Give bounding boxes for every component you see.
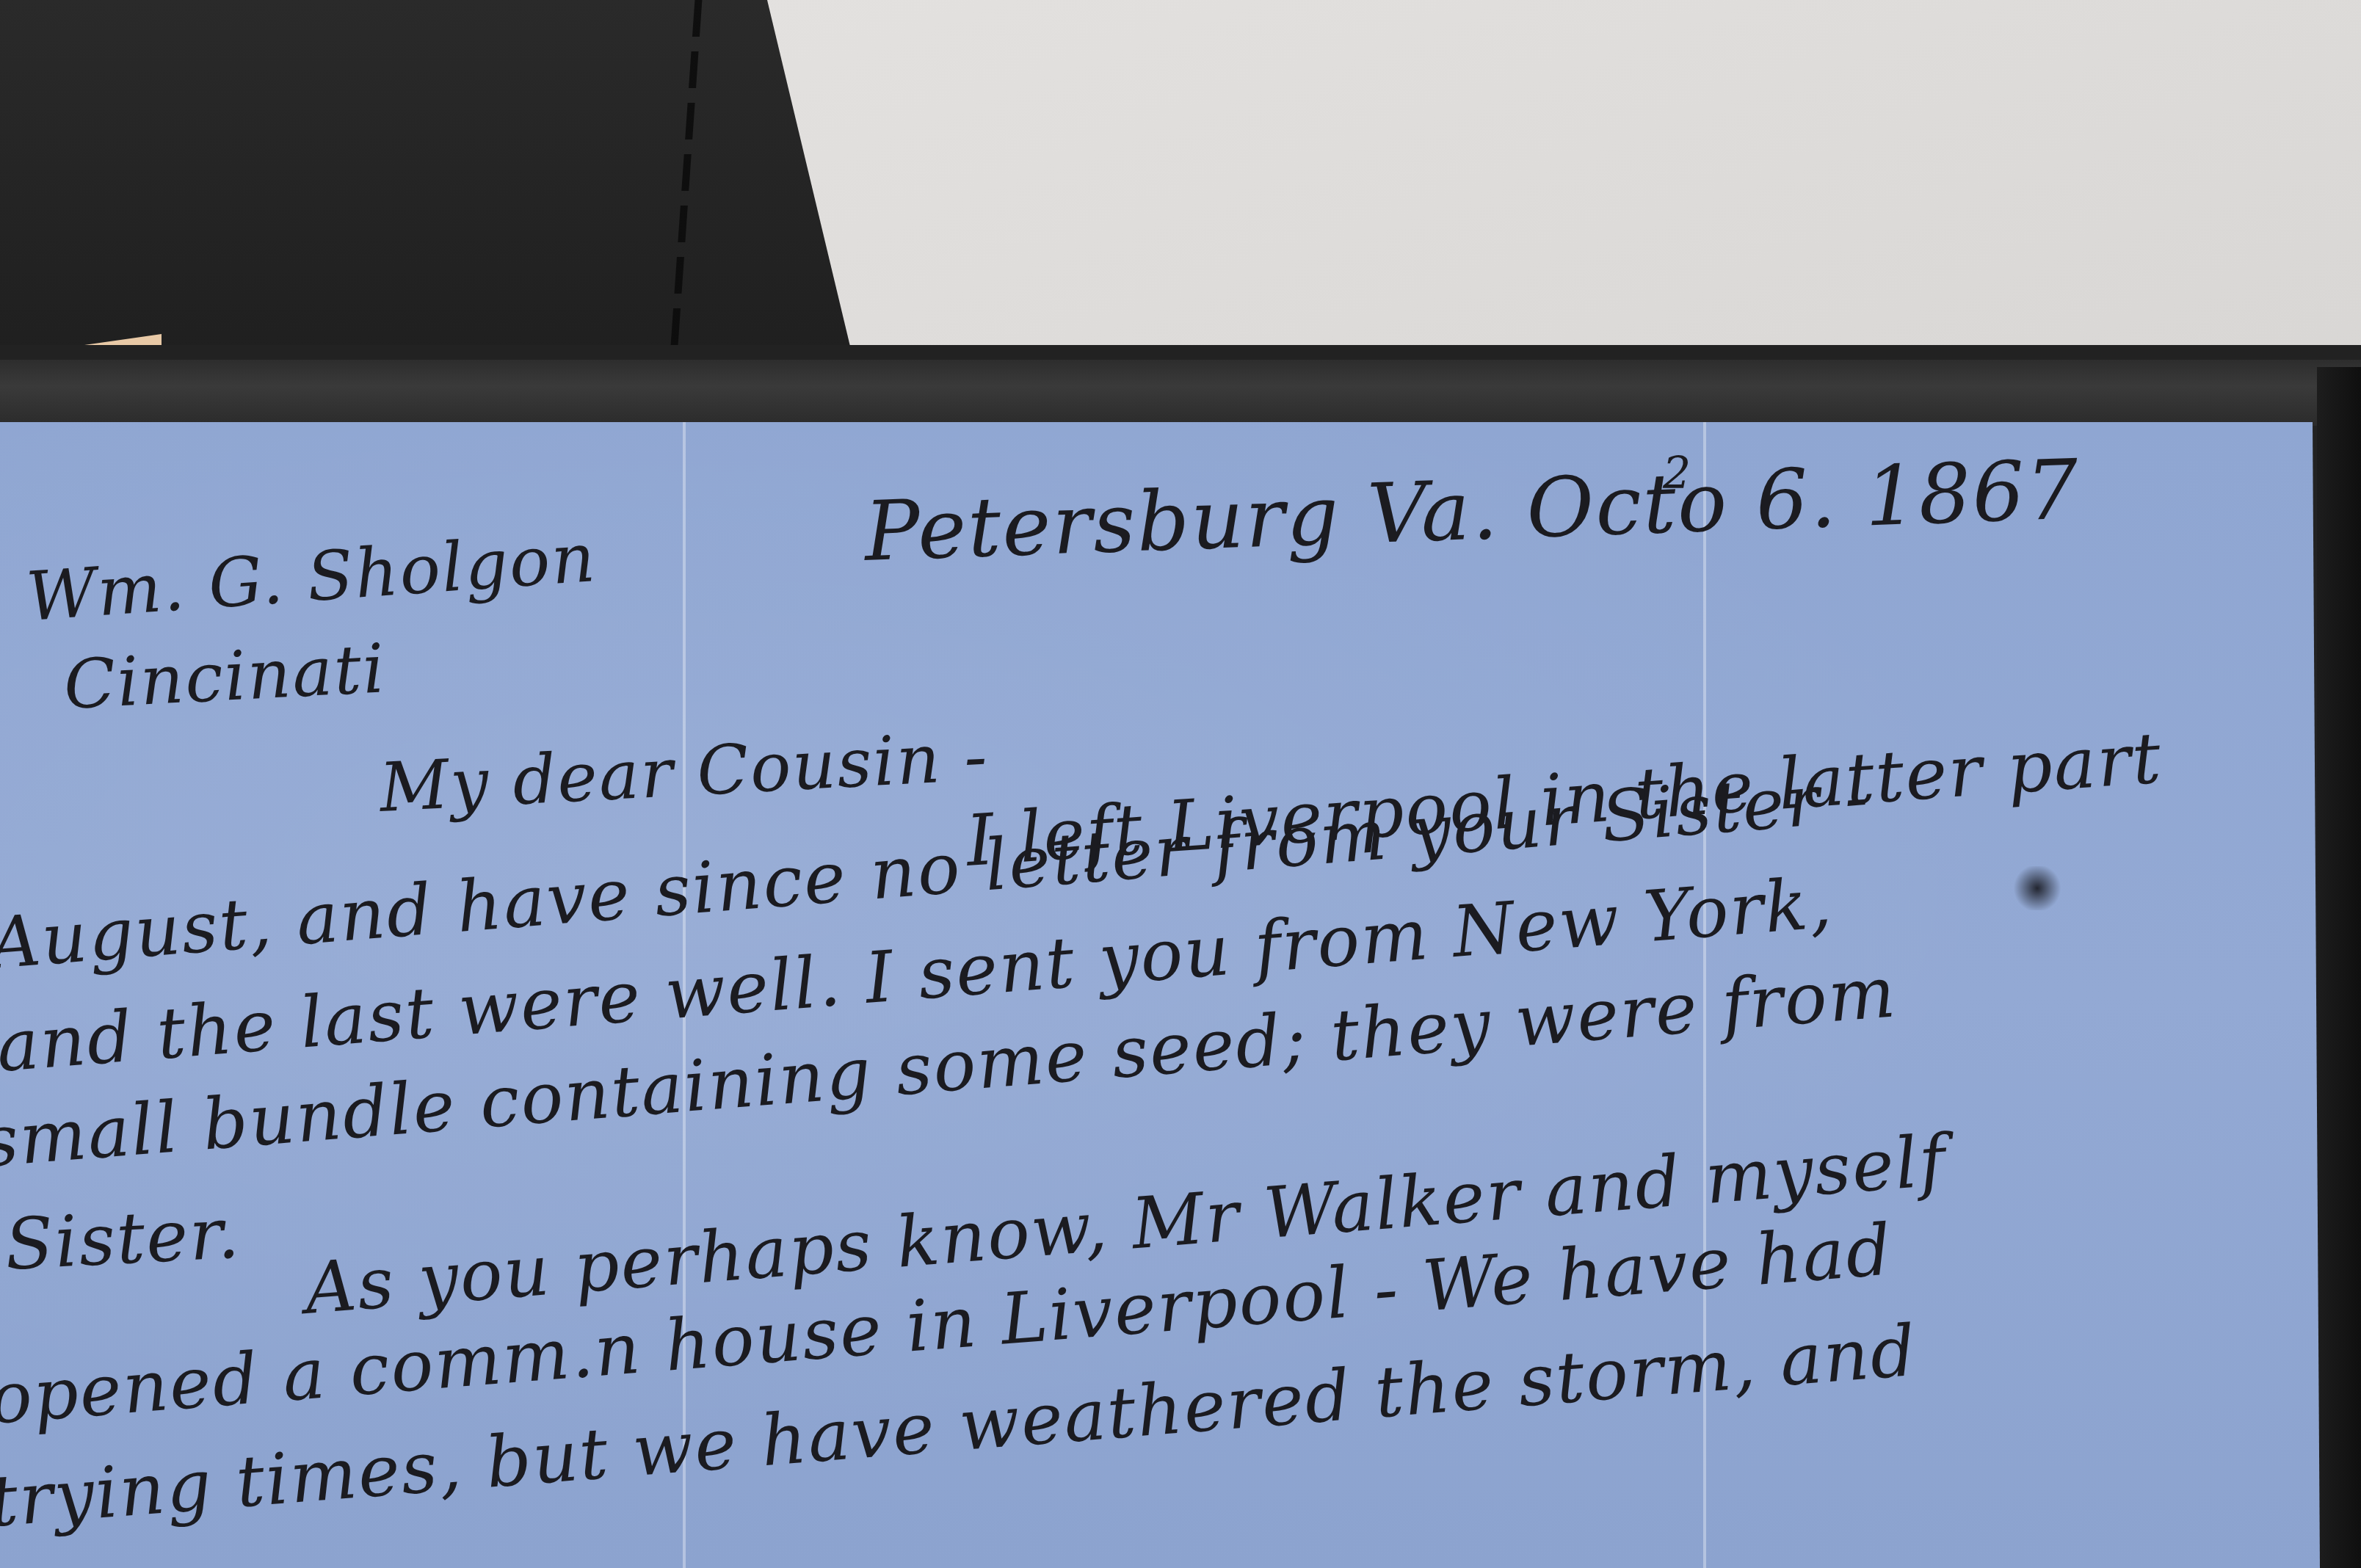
body-line: Sister. xyxy=(3,1191,242,1286)
recipient-place: Cincinati xyxy=(62,629,388,725)
ink-blot xyxy=(2012,866,2063,910)
black-folder-flap xyxy=(0,0,852,367)
sleeve-top-band xyxy=(0,360,2361,426)
sleeve-right-edge xyxy=(2317,367,2361,1568)
